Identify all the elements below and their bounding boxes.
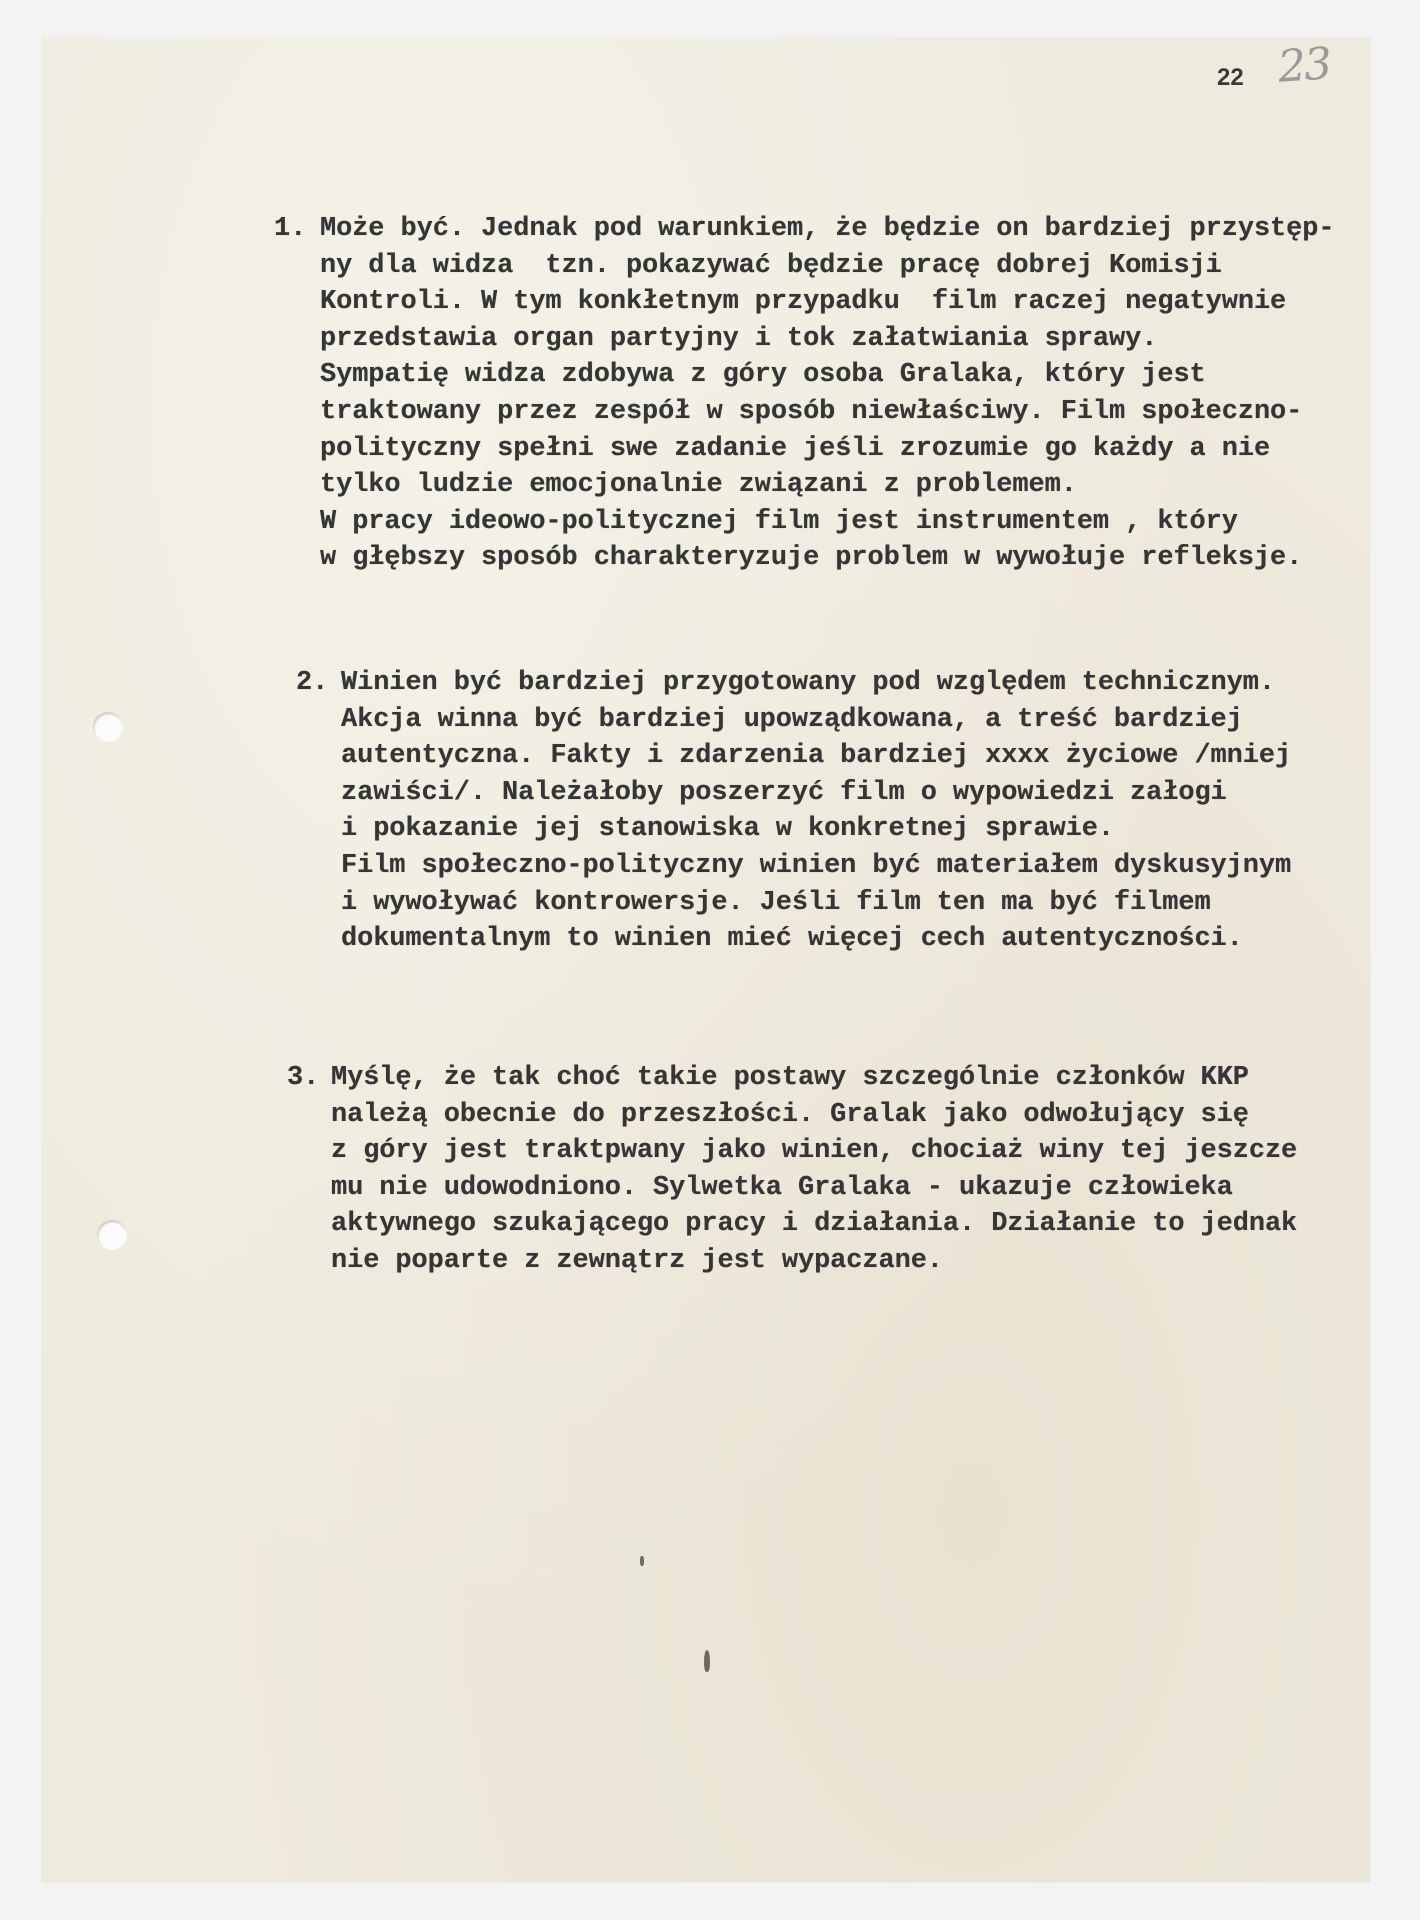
text-line: Myślę, że tak choć takie postawy szczegó… [331,1060,1297,1097]
text-line: przedstawia organ partyjny i tok załatwi… [320,321,1334,358]
section-body: Winien być bardziej przygotowany pod wzg… [341,665,1291,958]
text-line: Akcja winna być bardziej upowządkowana, … [341,702,1291,739]
text-line: polityczny spełni swe zadanie jeśli zroz… [320,431,1334,468]
section-number: 3. [287,1060,319,1097]
text-line: Winien być bardziej przygotowany pod wzg… [341,665,1291,702]
text-line: dokumentalnym to winien mieć więcej cech… [341,921,1291,958]
text-line: W pracy ideowo-politycznej film jest ins… [320,504,1334,541]
text-line: zawiści/. Należałoby poszerzyć film o wy… [341,775,1291,812]
text-line: autentyczna. Fakty i zdarzenia bardziej … [341,738,1291,775]
text-line: w głębszy sposób charakteryzuje problem … [320,540,1334,577]
answer-section-3: 3. Myślę, że tak choć takie postawy szcz… [287,1060,1297,1280]
text-line: mu nie udowodniono. Sylwetka Gralaka - u… [331,1170,1297,1207]
text-line: traktowany przez zespół w sposób niewłaś… [320,394,1334,431]
punch-hole-bottom [97,1220,127,1250]
section-body: Myślę, że tak choć takie postawy szczegó… [331,1060,1297,1280]
text-line: i wywoływać kontrowersje. Jeśli film ten… [341,885,1291,922]
text-line: i pokazanie jej stanowiska w konkretnej … [341,811,1291,848]
answer-section-1: 1. Może być. Jednak pod warunkiem, że bę… [274,211,1334,577]
ink-speck [704,1650,710,1672]
text-line: tylko ludzie emocjonalnie związani z pro… [320,467,1334,504]
section-number: 1. [274,211,306,248]
text-line: należą obecnie do przeszłości. Gralak ja… [331,1097,1297,1134]
answer-section-2: 2. Winien być bardziej przygotowany pod … [296,665,1291,958]
text-line: z góry jest traktpwany jako winien, choc… [331,1133,1297,1170]
section-number: 2. [296,665,328,702]
text-line: ny dla widza tzn. pokazywać będzie pracę… [320,248,1334,285]
punch-hole-top [93,712,123,742]
text-line: Może być. Jednak pod warunkiem, że będzi… [320,211,1334,248]
text-line: nie poparte z zewnątrz jest wypaczane. [331,1243,1297,1280]
typed-page-number: 22 [1217,64,1244,92]
text-line: Sympatię widza zdobywa z góry osoba Gral… [320,357,1334,394]
handwritten-page-number: 23 [1276,38,1331,93]
ink-speck [640,1556,644,1566]
text-line: Kontroli. W tym konkłetnym przypadku fil… [320,284,1334,321]
text-line: aktywnego szukającego pracy i działania.… [331,1206,1297,1243]
section-body: Może być. Jednak pod warunkiem, że będzi… [320,211,1334,577]
text-line: Film społeczno-polityczny winien być mat… [341,848,1291,885]
